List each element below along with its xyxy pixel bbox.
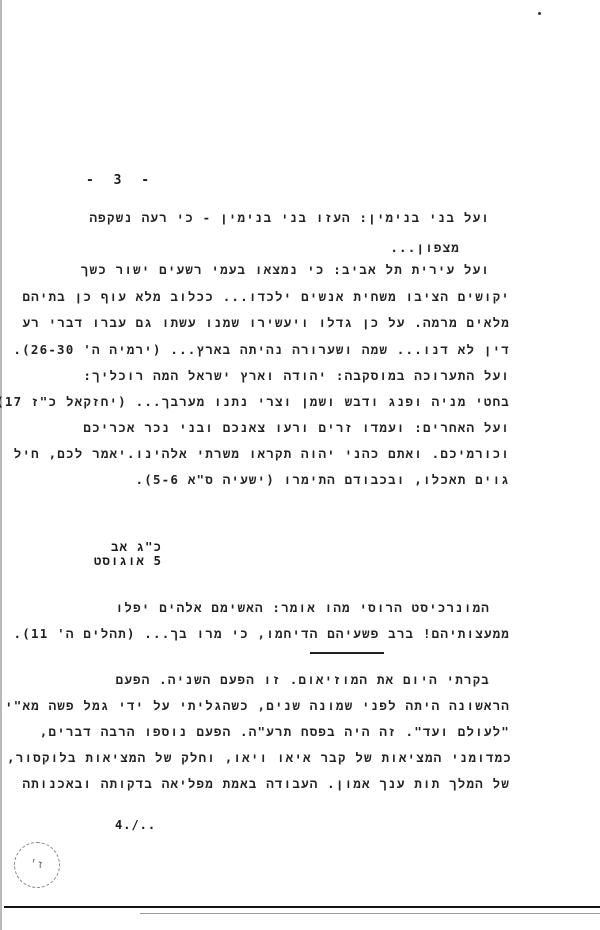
- text-line: הראשונה היתה לפני שמונה שנים, כשהגליתי ע…: [5, 698, 510, 714]
- page-number: - 3 -: [86, 173, 155, 188]
- section-divider: [310, 652, 384, 654]
- text-line: מלאים מרמה. על כן גדלו ויעשירו שמנו עשתו…: [22, 315, 510, 331]
- text-line: בחטי מניה ופנג ודבש ושמן וצרי נתנו מערבך…: [0, 394, 510, 410]
- scan-speck: [538, 12, 541, 15]
- text-line: בקרתי היום את המוזיאום. זו הפעם השניה. ה…: [116, 672, 490, 688]
- page-bottom-edge: [4, 906, 600, 908]
- archive-stamp: ז׳: [14, 842, 60, 888]
- text-line: של המלך תות ענך אמון. העבודה באמת מפליאה…: [22, 776, 510, 792]
- text-line: ממעצותיהם! ברב פשעיהם הדיחמו, כי מרו בך.…: [14, 626, 510, 642]
- text-line: דין לא דנו... שמה ושערורה נהיתה בארץ... …: [13, 342, 510, 358]
- text-line: כמדומני המציאות של קבר איאו ויאו, וחלק ש…: [7, 750, 512, 766]
- date-gregorian: 5 אוגוסט: [94, 554, 162, 568]
- text-line: מצפון...: [390, 240, 460, 256]
- text-line: המונרכיסט הרוסי מהו אומר: האשימם אלהים י…: [116, 600, 490, 616]
- scan-edge: [0, 0, 2, 930]
- page-bottom-edge-shadow: [140, 913, 600, 914]
- text-line: גוים תאכלו, ובכבודם התימרו (ישעיה ס"א 5-…: [135, 472, 510, 488]
- text-line: וכורמיכם. ואתם כהני יהוה תקראו משרתי אלה…: [14, 446, 510, 462]
- text-line: ועל עירית תל אביב: כי נמצאו בעמי רשעים י…: [81, 262, 490, 278]
- continuation-marker: 4./..: [115, 818, 156, 832]
- text-line: יקושים הציבו משחית אנשים ילכדו... ככלוב …: [22, 289, 510, 305]
- text-line: ועל התערוכה במוסקבה: יהודה וארץ ישראל המ…: [83, 368, 510, 384]
- date-hebrew: כ"ג אב: [94, 540, 162, 554]
- text-line: "לעולם ועד". זה היה בפסח תרע"ה. הפעם נוס…: [40, 724, 510, 740]
- date-block: כ"ג אב 5 אוגוסט: [94, 540, 162, 568]
- text-line: ועל האחרים: ועמדו זרים ורעו צאנכם ובני נ…: [83, 420, 510, 436]
- text-line: ועל בני בנימין: העזו בני בנימין - כי רעה…: [89, 210, 490, 226]
